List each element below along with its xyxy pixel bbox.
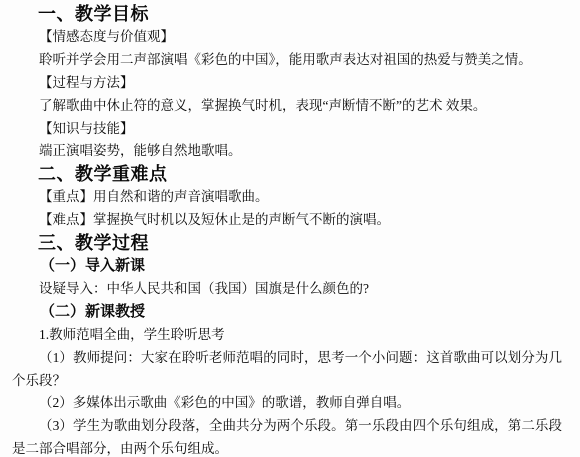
paragraph: 聆听并学会用二声部演唱《彩色的中国》，能用歌声表达对祖国的热爱与赞美之情。 <box>12 49 562 72</box>
paragraph: （1）教师提问：大家在聆听老师范唱的同时，思考一个小问题：这首歌曲可以划分为几个… <box>12 347 562 393</box>
section-heading: 一、教学目标 <box>12 3 562 26</box>
paragraph: 了解歌曲中休止符的意义，掌握换气时机，表现“声断情不断”的艺术 效果。 <box>12 95 562 118</box>
sub-heading: （一）导入新课 <box>12 255 562 278</box>
paragraph: 1.教师范唱全曲，学生聆听思考 <box>12 324 562 347</box>
paragraph: 【重点】用自然和谐的声音演唱歌曲。 <box>12 186 562 209</box>
paragraph: 【难点】掌握换气时机以及短休止是的声断气不断的演唱。 <box>12 209 562 232</box>
paragraph: 【过程与方法】 <box>12 72 562 95</box>
paragraph: 【知识与技能】 <box>12 118 562 141</box>
paragraph: 端正演唱姿势，能够自然地歌唱。 <box>12 140 562 163</box>
document-body: 一、教学目标【情感态度与价值观】聆听并学会用二声部演唱《彩色的中国》，能用歌声表… <box>12 3 562 457</box>
section-heading: 二、教学重难点 <box>12 163 562 186</box>
sub-heading: （二）新课教授 <box>12 301 562 324</box>
paragraph: （2）多媒体出示歌曲《彩色的中国》的歌谱，教师自弹自唱。 <box>12 392 562 415</box>
section-heading: 三、教学过程 <box>12 232 562 255</box>
paragraph: （3）学生为歌曲划分段落，全曲共分为两个乐段。第一乐段由四个乐句组成，第二乐段是… <box>12 415 562 457</box>
paragraph: 设疑导入：中华人民共和国（我国）国旗是什么颜色的? <box>12 278 562 301</box>
paragraph: 【情感态度与价值观】 <box>12 26 562 49</box>
lesson-plan-document: 一、教学目标【情感态度与价值观】聆听并学会用二声部演唱《彩色的中国》，能用歌声表… <box>0 0 580 457</box>
